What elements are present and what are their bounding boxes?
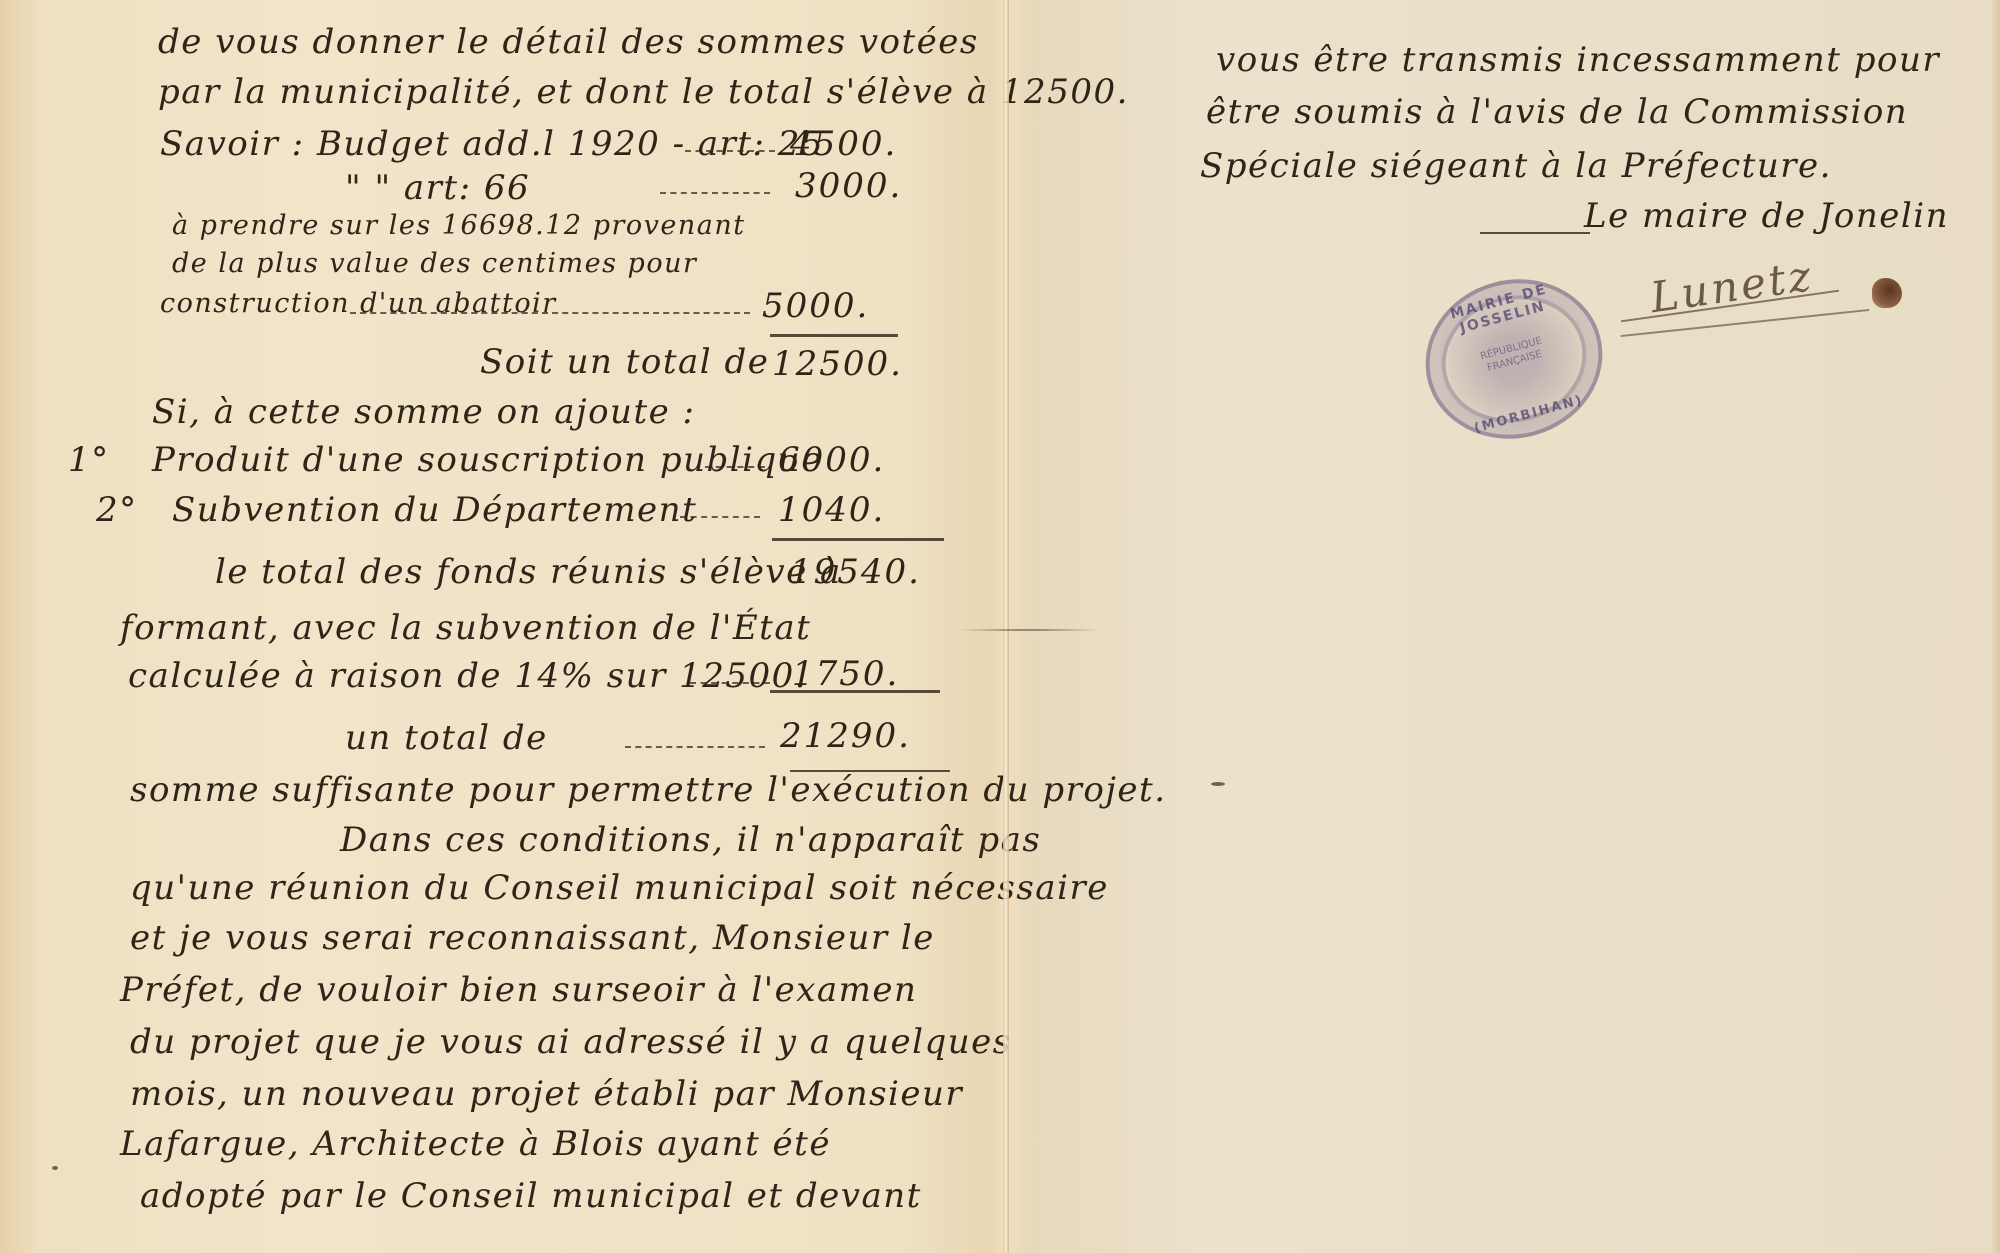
leader-dots [680,516,760,518]
document-sheet: de vous donner le détail des sommes voté… [0,0,2000,1253]
budget-item-1-label: Savoir : Budget add.l 1920 - art: 25 [160,124,824,164]
note-amount: 5000. [762,286,869,326]
sum-rule [770,690,940,693]
budget-item-2-amount: 3000. [795,166,902,206]
subtotal-label: Soit un total de [480,342,769,382]
note-line-1: à prendre sur les 16698.12 provenant [172,210,746,241]
addition-2-amount: 1040. [778,490,885,530]
funds-total-label: le total des fonds réunis s'élève à [215,552,842,592]
closing-line-5: Préfet, de vouloir bien surseoir à l'exa… [120,970,917,1010]
budget-item-1-amount: 4500. [790,124,897,164]
leader-dots [625,746,765,748]
intro-line-2: par la municipalité, et dont le total s'… [158,72,1129,112]
addition-1-number: 1° [68,440,110,480]
ink-blot [1872,278,1902,308]
sum-rule [770,334,898,337]
funds-total-amount: 19540. [790,552,921,592]
leader-dots [685,150,775,152]
closing-line-2: Dans ces conditions, il n'apparaît pas [340,820,1041,860]
grand-total-amount: 21290. [780,716,911,756]
leader-dots [660,192,770,194]
leader-dots [350,312,750,314]
sum-rule [772,538,944,541]
state-subsidy-line-1: formant, avec la subvention de l'État [120,608,811,648]
closing-line-9: adopté par le Conseil municipal et devan… [140,1176,922,1216]
right-page: vous être transmis incessamment pour êtr… [1006,0,2000,1253]
ink-speck [52,1166,58,1170]
state-subsidy-amount: 1750. [792,654,899,694]
addition-1-label: Produit d'une souscription publique [152,440,823,480]
closing-line-3: qu'une réunion du Conseil municipal soit… [130,868,1109,908]
subtotal-amount: 12500. [772,344,903,384]
left-page: de vous donner le détail des sommes voté… [0,0,1006,1253]
addition-2-number: 2° [96,490,138,530]
grand-total-label: un total de [345,718,548,758]
ink-mark [1211,782,1225,786]
note-line-2: de la plus value des centimes pour [172,248,697,279]
signoff-underline [1480,232,1590,234]
right-line-1: vous être transmis incessamment pour [1216,40,1940,80]
addition-2-label: Subvention du Département [172,490,697,530]
closing-line-4: et je vous serai reconnaissant, Monsieur… [130,918,935,958]
additions-intro: Si, à cette somme on ajoute : [152,392,696,432]
addition-1-amount: 6000. [778,440,885,480]
intro-line-1: de vous donner le détail des sommes voté… [158,22,979,62]
note-line-3: construction d'un abattoir [160,288,557,319]
right-line-3: Spéciale siégeant à la Préfecture. [1200,146,1832,186]
right-line-2: être soumis à l'avis de la Commission [1206,92,1908,132]
leader-dots [690,682,770,684]
signoff: Le maire de Jonelin [1584,196,1949,236]
stamp-center-text: RÉPUBLIQUE FRANÇAISE [1466,331,1560,379]
closing-line-6: du projet que je vous ai adressé il y a … [130,1022,1012,1062]
leader-dots [705,466,765,468]
budget-item-2-label: " " art: 66 [345,168,530,208]
closing-line-7: mois, un nouveau projet établi par Monsi… [130,1074,963,1114]
state-subsidy-line-2: calculée à raison de 14% sur 12500. [128,656,807,696]
closing-line-8: Lafargue, Architecte à Blois ayant été [120,1124,831,1164]
